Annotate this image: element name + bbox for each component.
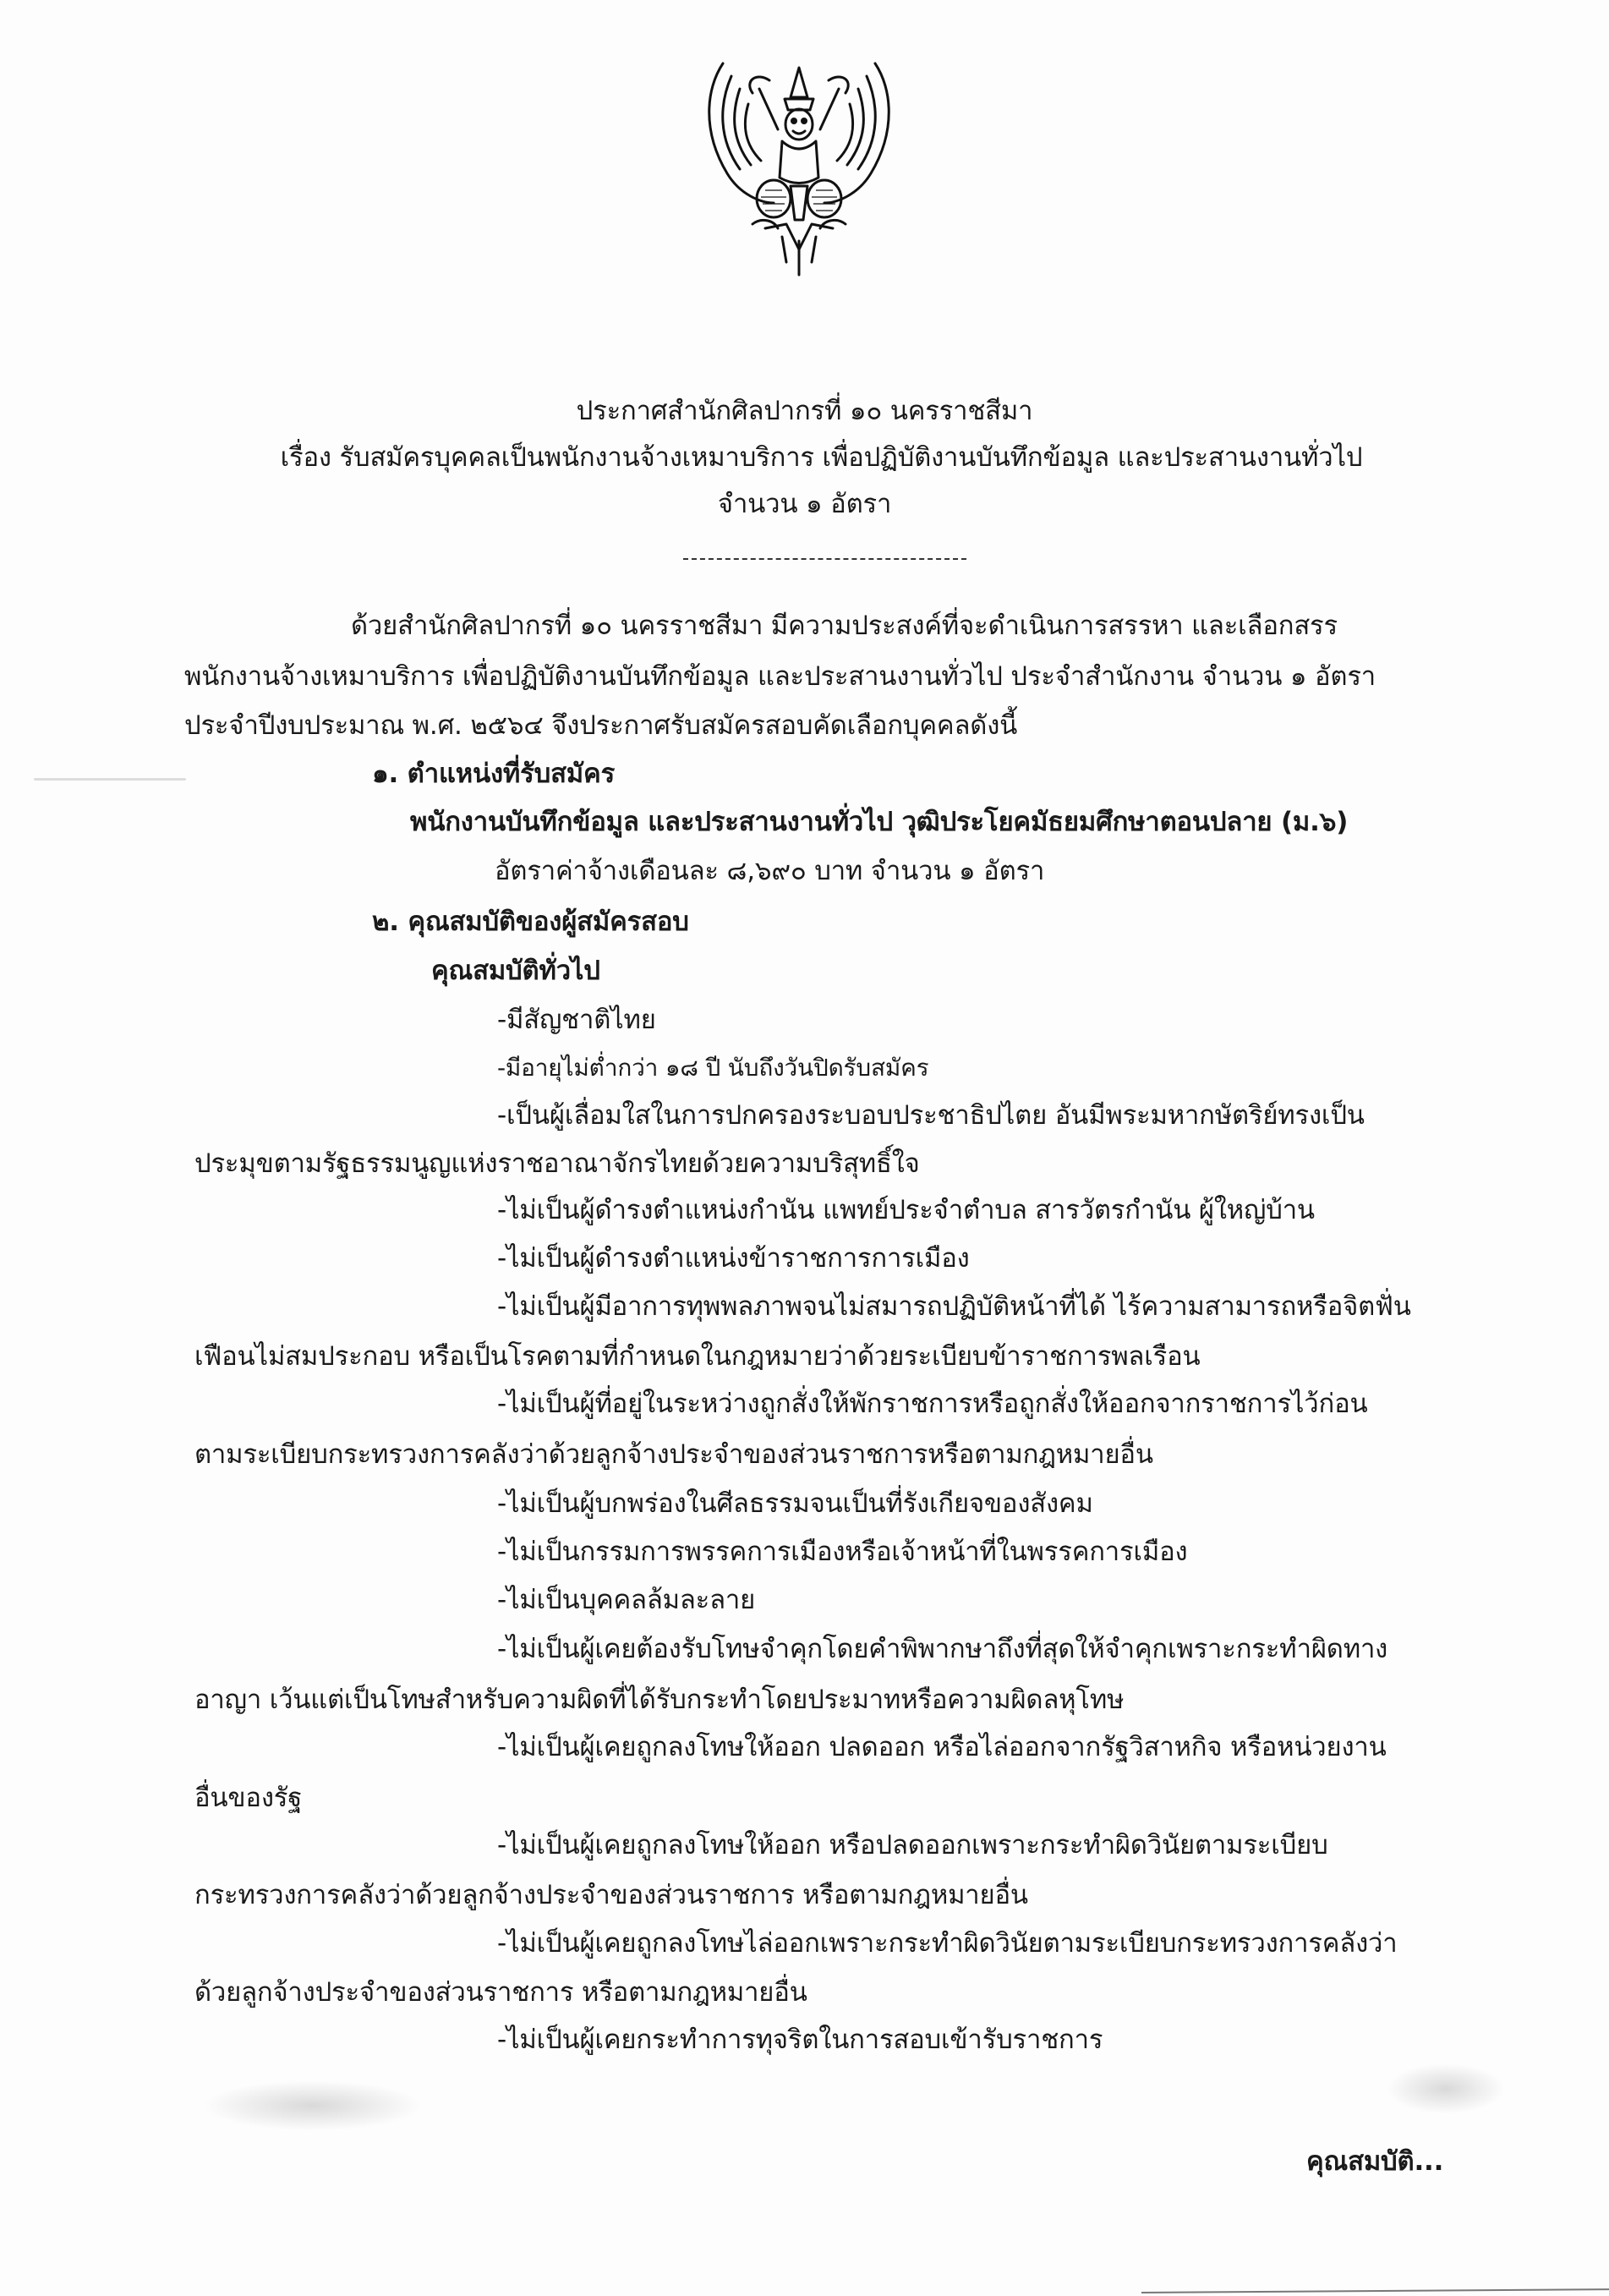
qualification-line: -ไม่เป็นผู้ที่อยู่ในระหว่างถูกสั่งให้พัก… — [497, 1387, 1368, 1421]
qualification-line: ด้วยลูกจ้างประจำของส่วนราชการ หรือตามกฎห… — [194, 1975, 807, 2009]
qualification-line: -ไม่เป็นผู้ดำรงตำแหน่งข้าราชการการเมือง — [497, 1241, 970, 1275]
intro-line-2: พนักงานจ้างเหมาบริการ เพื่อปฏิบัติงานบัน… — [184, 660, 1376, 693]
qualification-line: -ไม่เป็นกรรมการพรรคการเมืองหรือเจ้าหน้าท… — [497, 1535, 1187, 1569]
section-1-position: พนักงานบันทึกข้อมูล และประสานงานทั่วไป ว… — [410, 805, 1348, 839]
scan-smudge — [203, 2080, 423, 2131]
garuda-emblem-icon — [693, 30, 905, 283]
announcement-title: ประกาศสำนักศิลปากรที่ ๑๐ นครราชสีมา — [0, 394, 1609, 428]
scan-smudge — [1387, 2063, 1505, 2114]
qualification-line: -มีอายุไม่ต่ำกว่า ๑๘ ปี นับถึงวันปิดรับส… — [497, 1051, 929, 1085]
qualification-line: -ไม่เป็นบุคคลล้มละลาย — [497, 1583, 755, 1617]
section-2-subheading: คุณสมบัติทั่วไป — [431, 954, 600, 988]
section-1-heading: ๑. ตำแหน่งที่รับสมัคร — [372, 757, 615, 791]
qualification-line: -ไม่เป็นผู้มีอาการทุพพลภาพจนไม่สมารถปฏิบ… — [497, 1290, 1411, 1323]
announcement-subject: เรื่อง รับสมัครบุคคลเป็นพนักงานจ้างเหมาบ… — [0, 441, 1609, 474]
qualification-line: -ไม่เป็นผู้เคยถูกลงโทษไล่ออกเพราะกระทำผิ… — [497, 1926, 1397, 1960]
section-1-salary: อัตราค่าจ้างเดือนละ ๘,๖๙๐ บาท จำนวน ๑ อั… — [495, 854, 1044, 888]
qualification-line: -ไม่เป็นผู้เคยถูกลงโทษให้ออก หรือปลดออกเ… — [497, 1828, 1328, 1862]
qualification-line: อาญา เว้นแต่เป็นโทษสำหรับความผิดที่ได้รั… — [194, 1683, 1124, 1717]
qualification-line: อื่นของรัฐ — [194, 1781, 302, 1815]
qualification-line: กระทรวงการคลังว่าด้วยลูกจ้างประจำของส่วน… — [194, 1878, 1028, 1912]
scan-speck — [34, 778, 186, 781]
qualification-line: -ไม่เป็นผู้เคยกระทำการทุจริตในการสอบเข้า… — [497, 2023, 1103, 2057]
qualification-line: -ไม่เป็นผู้ดำรงตำแหน่งกำนัน แพทย์ประจำตำ… — [497, 1193, 1315, 1227]
qualification-line: -มีสัญชาติไทย — [497, 1003, 656, 1037]
announcement-count: จำนวน ๑ อัตรา — [0, 487, 1609, 521]
qualification-line: -ไม่เป็นผู้บกพร่องในศีลธรรมจนเป็นที่รังเ… — [497, 1487, 1093, 1521]
qualification-line: ตามระเบียบกระทรวงการคลังว่าด้วยลูกจ้างปร… — [194, 1438, 1153, 1471]
announcement-page: ประกาศสำนักศิลปากรที่ ๑๐ นครราชสีมา เรื่… — [0, 0, 1609, 2296]
qualification-line: -ไม่เป็นผู้เคยถูกลงโทษให้ออก ปลดออก หรือ… — [497, 1730, 1387, 1764]
header-divider — [683, 558, 966, 560]
intro-line-1: ด้วยสำนักศิลปากรที่ ๑๐ นครราชสีมา มีความ… — [351, 609, 1338, 643]
qualification-line: ประมุขตามรัฐธรรมนูญแห่งราชอาณาจักรไทยด้ว… — [194, 1147, 920, 1181]
qualification-line: -เป็นผู้เลื่อมใสในการปกครองระบอบประชาธิป… — [497, 1099, 1365, 1132]
page-edge-shadow — [1141, 2288, 1609, 2293]
intro-line-3: ประจำปีงบประมาณ พ.ศ. ๒๕๖๔ จึงประกาศรับสม… — [184, 709, 1017, 743]
qualification-line: -ไม่เป็นผู้เคยต้องรับโทษจำคุกโดยคำพิพากษ… — [497, 1632, 1387, 1666]
qualification-line: เฟือนไม่สมประกอบ หรือเป็นโรคตามที่กำหนดใ… — [194, 1340, 1200, 1373]
page-continuation-label: คุณสมบัติ... — [1306, 2145, 1443, 2178]
section-2-heading: ๒. คุณสมบัติของผู้สมัครสอบ — [372, 905, 689, 939]
